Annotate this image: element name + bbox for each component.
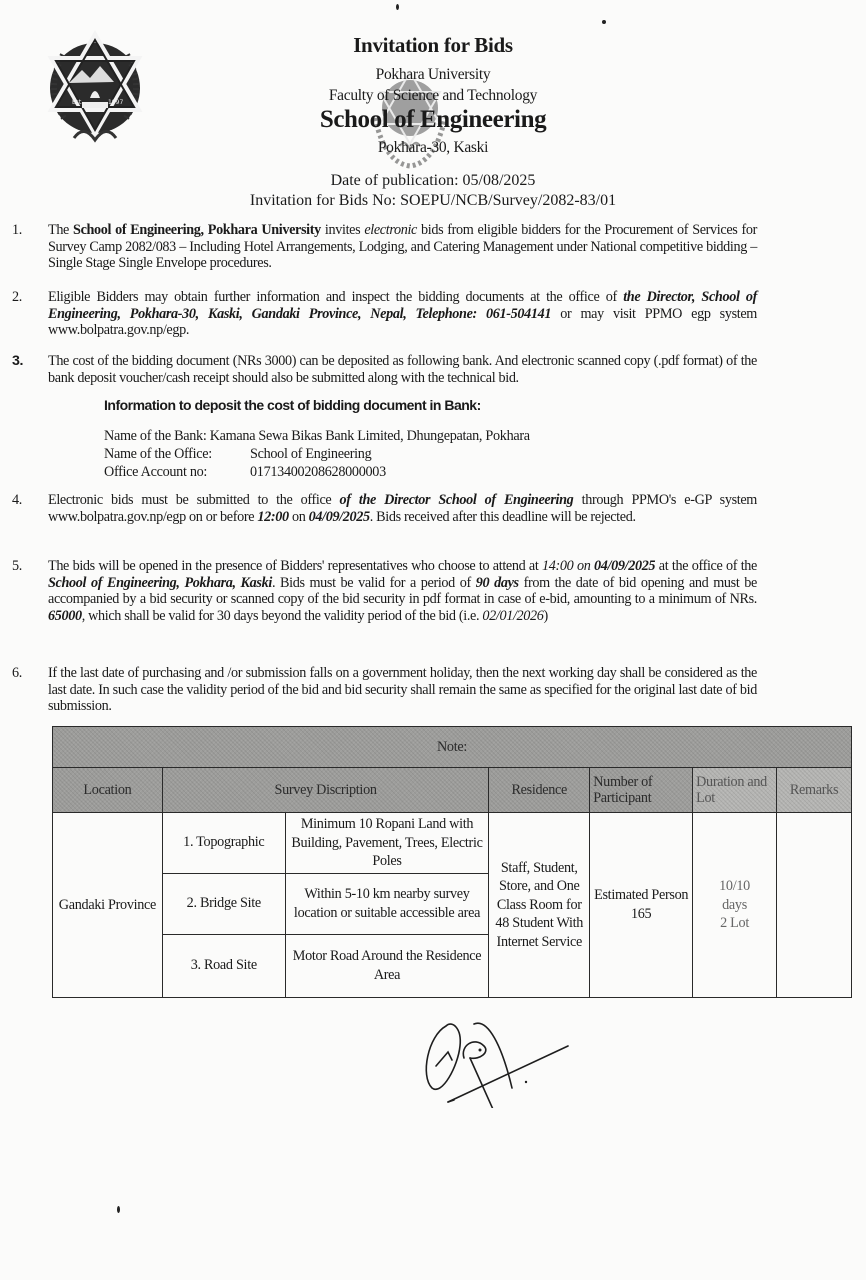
office-name-label: Name of the Office: (104, 446, 250, 463)
university-name: Pokhara University (0, 66, 866, 84)
lot-value: 2 Lot (696, 914, 773, 933)
clause-text: Eligible Bidders may obtain further info… (48, 289, 757, 339)
header-location: Location (53, 768, 163, 813)
office-name-value: School of Engineering (250, 446, 371, 462)
survey-description-cell: Within 5-10 km nearby survey location or… (285, 873, 489, 934)
clause-6: 6. If the last date of purchasing and /o… (12, 665, 757, 715)
duration-value: 10/10 days (715, 877, 755, 914)
note-title: Note: (53, 727, 852, 768)
participants-cell: Estimated Person 165 (590, 813, 693, 998)
publication-date: Date of publication: 05/08/2025 (0, 172, 866, 190)
faculty-name: Faculty of Science and Technology (0, 87, 866, 105)
clause-number: 6. (12, 665, 42, 682)
clause-3: 3. The cost of the bidding document (NRs… (12, 353, 757, 386)
clause-1: 1. The School of Engineering, Pokhara Un… (12, 222, 757, 272)
header-duration: Duration and Lot (693, 768, 777, 813)
clause-number: 1. (12, 222, 42, 239)
ifb-number: Invitation for Bids No: SOEPU/NCB/Survey… (0, 192, 866, 210)
handwritten-signature-icon (418, 1016, 578, 1108)
scan-speck (396, 4, 399, 10)
office-name-row: Name of the Office:School of Engineering (104, 446, 371, 463)
survey-type-cell: 1. Topographic (162, 813, 285, 874)
clause-text: The cost of the bidding document (NRs 30… (48, 353, 757, 386)
scan-speck (602, 20, 606, 24)
ifb-number-label: Invitation for Bids No: (250, 192, 396, 209)
clause-text: If the last date of purchasing and /or s… (48, 665, 757, 715)
bank-name-row: Name of the Bank: Kamana Sewa Bikas Bank… (104, 428, 530, 445)
header-residence: Residence (489, 768, 590, 813)
residence-cell: Staff, Student, Store, and One Class Roo… (489, 813, 590, 998)
bank-name-value: Kamana Sewa Bikas Bank Limited, Dhungepa… (210, 428, 530, 444)
clause-number: 2. (12, 289, 42, 306)
clause-text: The bids will be opened in the presence … (48, 558, 757, 624)
header-survey-description: Survey Discription (162, 768, 488, 813)
account-number-row: Office Account no:01713400208628000003 (104, 464, 386, 481)
clause-5: 5. The bids will be opened in the presen… (12, 558, 757, 624)
header-participants: Number of Participant (590, 768, 693, 813)
remarks-cell (777, 813, 852, 998)
scan-speck (117, 1206, 120, 1213)
publication-date-value: 05/08/2025 (463, 172, 536, 189)
table-row: Gandaki Province 1. Topographic Minimum … (53, 813, 852, 874)
clause-2: 2. Eligible Bidders may obtain further i… (12, 289, 757, 339)
ifb-number-value: SOEPU/NCB/Survey/2082-83/01 (400, 192, 616, 209)
header-remarks: Remarks (777, 768, 852, 813)
document-title: Invitation for Bids (0, 33, 866, 58)
survey-description-cell: Minimum 10 Ropani Land with Building, Pa… (285, 813, 489, 874)
survey-description-cell: Motor Road Around the Residence Area (285, 934, 489, 997)
school-address: Pokhara-30, Kaski (0, 139, 866, 157)
clause-4: 4. Electronic bids must be submitted to … (12, 492, 757, 525)
account-number-value: 01713400208628000003 (250, 464, 386, 480)
survey-note-table: Note: Location Survey Discription Reside… (52, 726, 852, 998)
clause-number: 3. (12, 353, 42, 370)
duration-cell: 10/10 days 2 Lot (693, 813, 777, 998)
clause-text: The School of Engineering, Pokhara Unive… (48, 222, 757, 272)
school-name: School of Engineering (0, 106, 866, 134)
bank-info-heading: Information to deposit the cost of biddi… (104, 397, 481, 413)
survey-type-cell: 2. Bridge Site (162, 873, 285, 934)
location-cell: Gandaki Province (53, 813, 163, 998)
survey-type-cell: 3. Road Site (162, 934, 285, 997)
clause-number: 5. (12, 558, 42, 575)
clause-text: Electronic bids must be submitted to the… (48, 492, 757, 525)
publication-date-label: Date of publication: (331, 172, 459, 189)
bank-name-label: Name of the Bank: (104, 428, 206, 444)
account-number-label: Office Account no: (104, 464, 250, 481)
clause-number: 4. (12, 492, 42, 509)
